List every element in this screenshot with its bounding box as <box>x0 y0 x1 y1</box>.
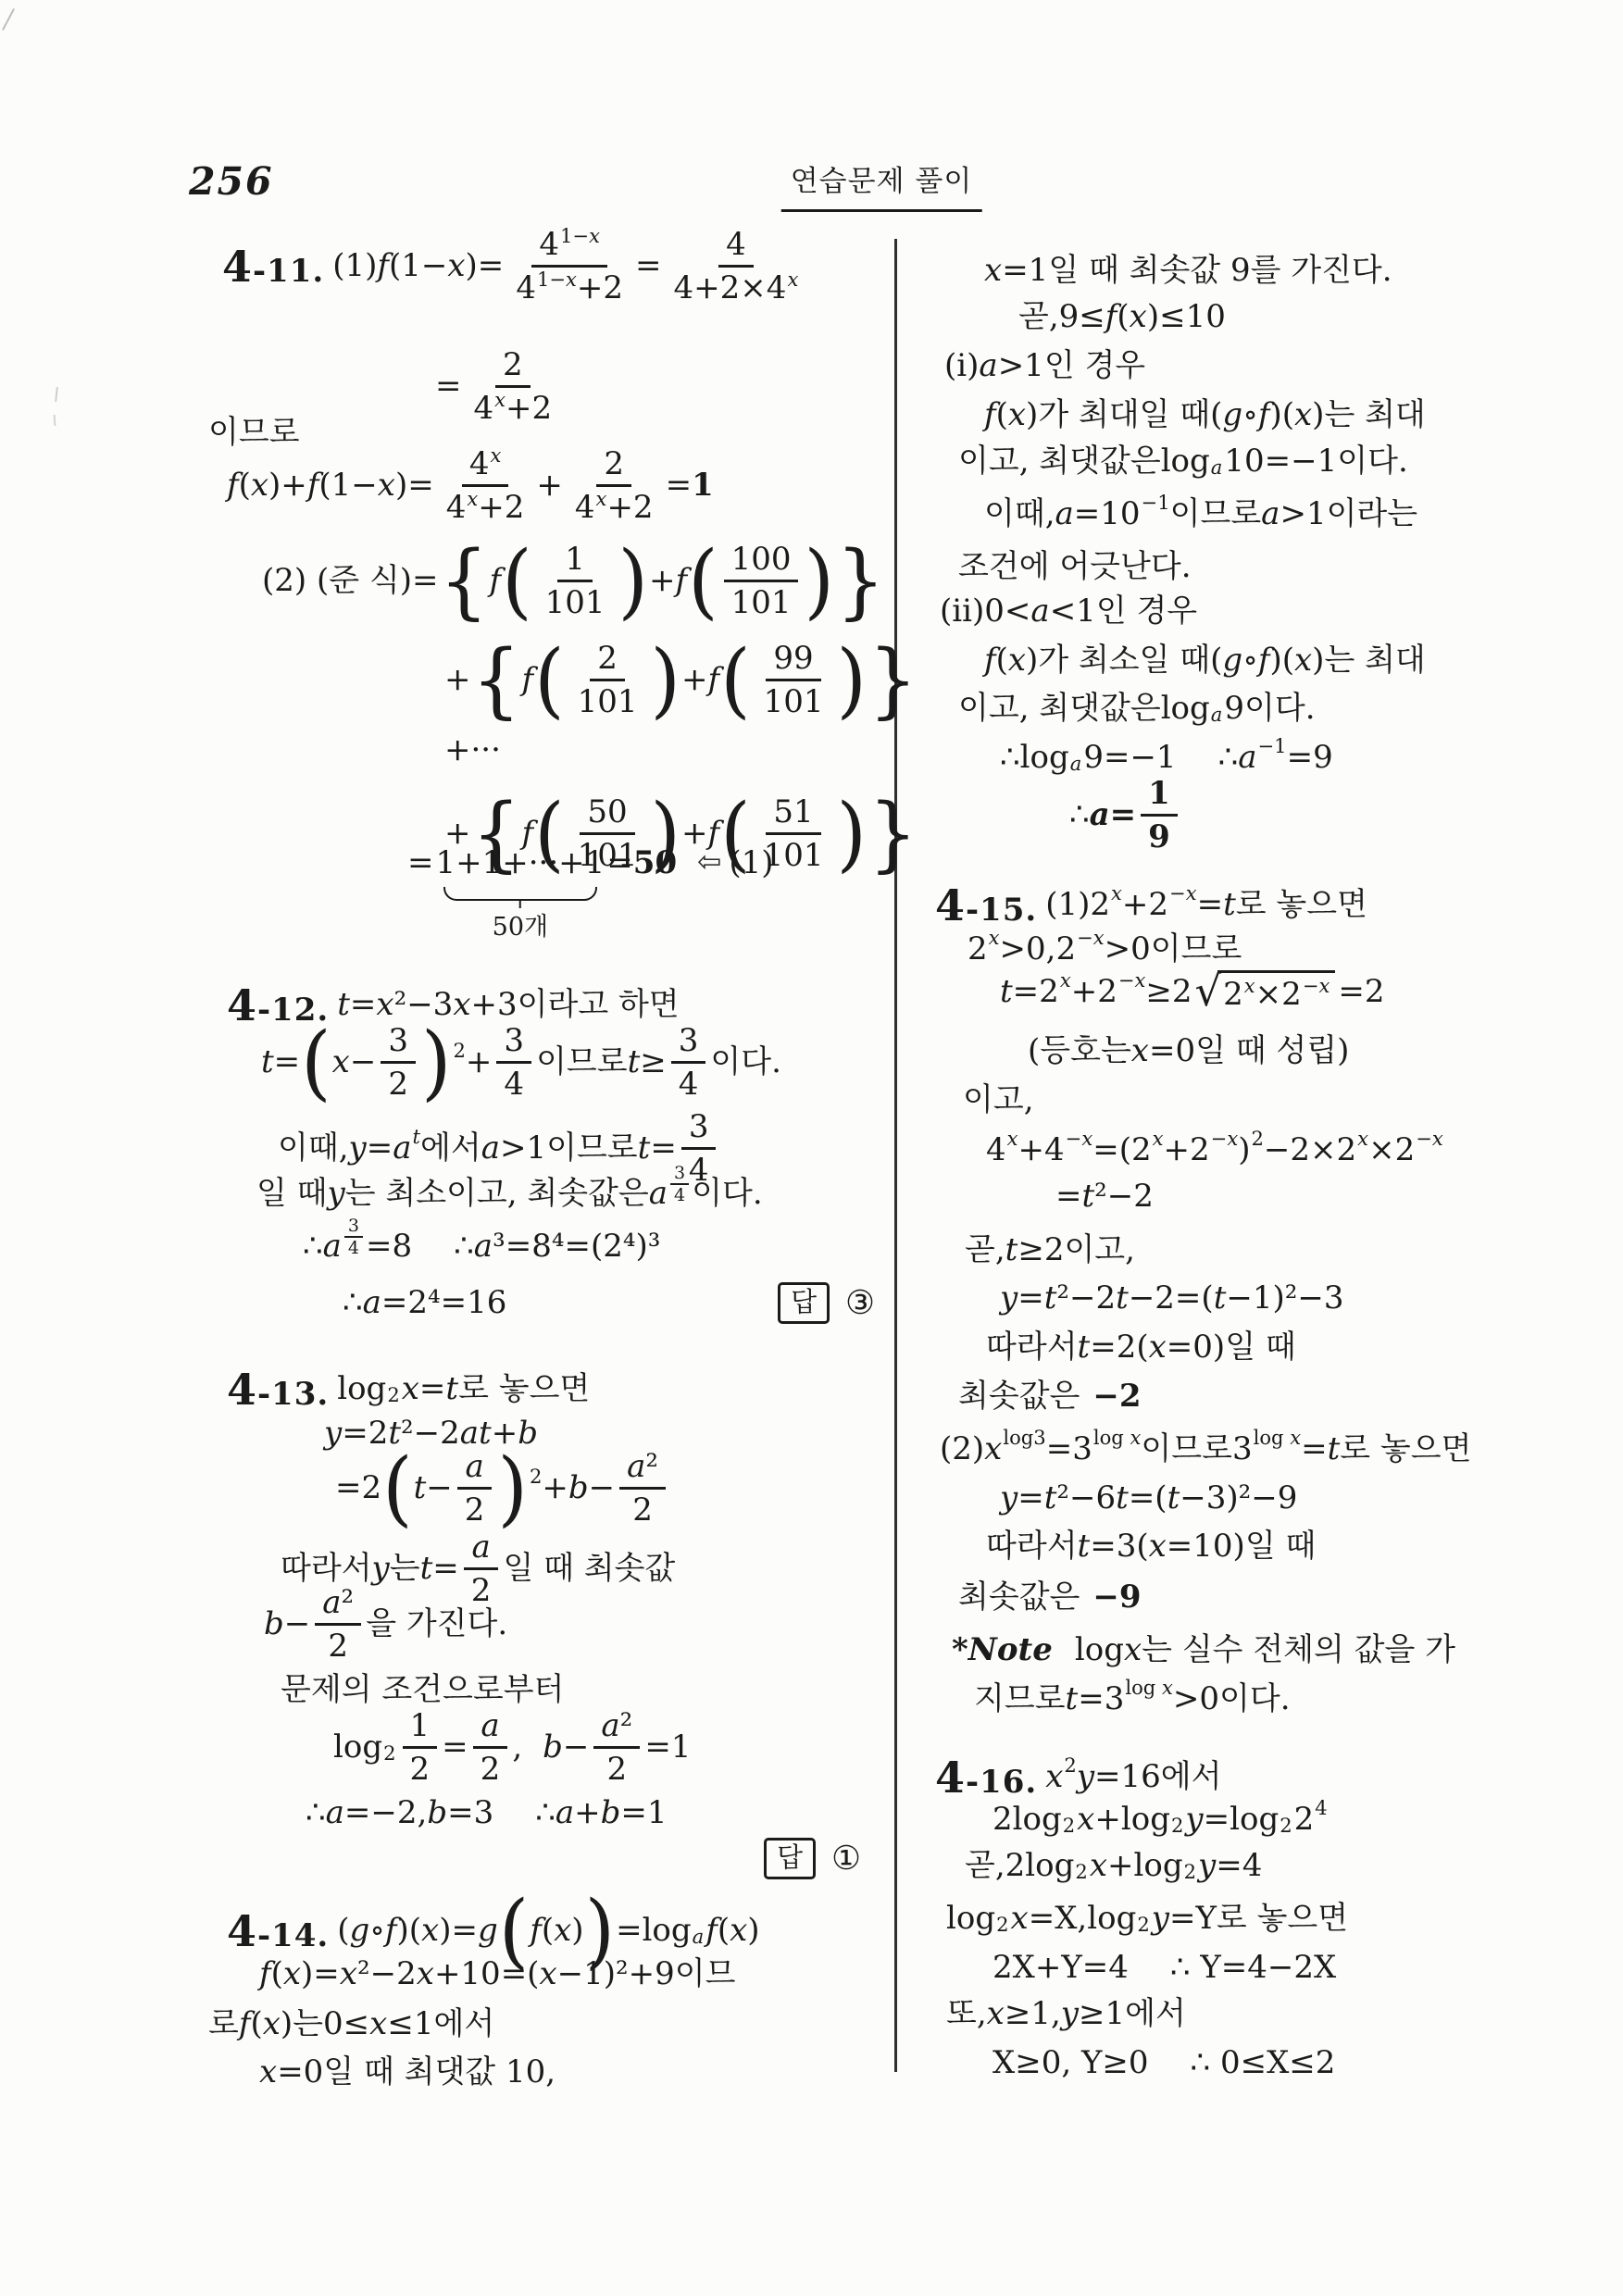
sol-4-13-eq6: ∴ a=−2, b=3∴ a+b=1 <box>306 1794 668 1832</box>
sol-4-16-l1: 2log2x+log2y=log224 <box>993 1801 1328 1839</box>
fraction: 2101 <box>570 641 645 719</box>
sol-4-14-case2-l2: 이고, 최댓값은 loga9이다. <box>958 690 1316 728</box>
sol-4-15-l5: 4x+4−x=(2x+2−x)2−2×2x×2−x <box>986 1131 1443 1169</box>
answer-choice: ③ <box>845 1283 875 1324</box>
fraction: 19 <box>1141 776 1178 855</box>
sol-4-15-note-l2: 지므로 t=3log x>0이다. <box>974 1680 1291 1718</box>
sol-4-14-eq2: 로 f(x)는 0≤x≤1에서 <box>208 2005 494 2043</box>
sol-4-15-l8: y=t²−2t−2=(t−1)²−3 <box>1000 1279 1344 1317</box>
scan-artifact <box>2 8 15 31</box>
sol-4-15-part2-l2: 따라서 t=3(x=10)일 때 <box>986 1528 1316 1566</box>
back-reference-arrow-icon: ⇦ <box>697 844 721 880</box>
fraction: 34 <box>671 1023 706 1102</box>
sol-4-12-eq4: ∴ a34=8∴ a³=8⁴=(2⁴)³ <box>303 1227 660 1267</box>
sol-4-15-l6: =t²−2 <box>1055 1178 1154 1216</box>
sol-4-15-part2-l1: y=t²−6t=(t−3)²−9 <box>1000 1479 1297 1517</box>
sol-4-11-eq2: =24x+2 <box>435 347 564 426</box>
sol-4-15-min1: 최솟값은 −2 <box>958 1378 1142 1416</box>
page-title: 연습문제 풀이 <box>781 157 982 212</box>
sol-4-14-case1-l1: f(x)가 최대일 때 (g∘f)(x)는 최대 <box>984 396 1426 434</box>
fraction: 99101 <box>756 641 831 719</box>
answer-box: 답 <box>764 1838 816 1879</box>
sol-4-11-part2-line2: +{f(2101)+f(99101)} <box>444 641 918 719</box>
radical: √2x×2−x <box>1195 970 1336 1014</box>
sol-4-15-min2: 최솟값은 −9 <box>958 1578 1142 1616</box>
fraction: 1101 <box>538 542 613 620</box>
problem-4-16-head: 4-16.x2y=16에서 <box>935 1752 1222 1803</box>
sol-4-15-note-l1: *Notelog x는 실수 전체의 값을 가 <box>952 1631 1455 1669</box>
sol-4-11-part2-ellipsis: +··· <box>444 731 501 769</box>
scan-artifact <box>55 387 58 402</box>
page-number: 256 <box>189 159 274 204</box>
fraction: 44+2×4x <box>667 227 806 306</box>
fraction: 100101 <box>724 542 799 620</box>
problem-number: 4-15. <box>935 880 1037 931</box>
sol-4-15-l9: 따라서 t=2(x=0)일 때 <box>986 1329 1296 1366</box>
sol-4-14-case2-l3: ∴ loga9=−1∴ a−1=9 <box>1000 739 1333 777</box>
sol-4-15-l3: (등호는 x=0일 때 성립) <box>1028 1032 1349 1070</box>
sol-4-14-case1-head: (i) a>1인 경우 <box>944 347 1145 385</box>
fraction: 12 <box>403 1708 438 1787</box>
fraction: 24x+2 <box>467 347 560 426</box>
sol-4-14-eq1: f(x)=x²−2x+10=(x−1)²+9이므 <box>259 1955 735 1993</box>
sol-4-16-l4: 2X+Y=4∴ Y=4−2X <box>993 1949 1336 1987</box>
column-divider <box>894 239 897 2072</box>
sol-4-15-l2: t=2x+2−x≥2√2x×2−x=2 <box>1000 970 1385 1014</box>
fraction: a²2 <box>315 1585 361 1664</box>
sol-4-13-text: 문제의 조건으로부터 <box>281 1671 564 1709</box>
answer-choice: ① <box>831 1839 861 1879</box>
sol-4-14-case1-l2: 이고, 최댓값은 loga10=−1이다. <box>958 443 1408 480</box>
sol-4-16-l2: 곧, 2log2x+log2y=4 <box>965 1847 1262 1885</box>
sol-4-13-eq5: log212=a2,b−a²2=1 <box>333 1708 691 1787</box>
fraction: 4x4x+2 <box>439 446 532 525</box>
problem-number: 4-14. <box>227 1905 329 1957</box>
problem-4-15-head: 4-15. (1) 2x+2−x=t로 놓으면 <box>935 880 1367 931</box>
sol-4-15-l1: 2x>0, 2−x>0이므로 <box>968 930 1242 968</box>
sol-4-12-eq3: 일 때 y는 최소이고, 최솟값은 a34이다. <box>256 1174 763 1215</box>
fraction: a2 <box>457 1449 493 1528</box>
answer-box: 답 <box>778 1282 830 1324</box>
problem-4-14-head: 4-14.(g∘f)(x)=g(f(x))=logaf(x) <box>227 1905 760 1957</box>
sol-4-14-case1-l3: 이때, a=10−1이므로 a>1이라는 <box>984 495 1417 533</box>
problem-4-13-head: 4-13.log2x=t로 놓으면 <box>227 1364 590 1416</box>
fraction: 34 <box>670 1164 689 1204</box>
fraction: a²2 <box>619 1449 666 1528</box>
fraction: 41−x41−x+2 <box>508 227 630 306</box>
sol-4-14-eq3: x=0일 때 최댓값 10, <box>259 2053 556 2091</box>
fraction: 24x+2 <box>568 446 661 525</box>
textbook-page: 256 연습문제 풀이 4-11. (1) f(1−x)=41−x41−x+2=… <box>0 0 1623 2296</box>
sol-4-11-eq3: f(x)+f(1−x)=4x4x+2+24x+2=1 <box>227 446 714 525</box>
sol-4-16-l5: 또, x≥1, y≥1에서 <box>946 1995 1186 2033</box>
sol-4-13-eq4: b−a²2을 가진다. <box>264 1585 507 1664</box>
sol-4-12-answer: ∴ a=2⁴=16답③ <box>343 1282 875 1324</box>
problem-4-11-part2-head: (2) (준 식)={f(1101)+f(100101)} <box>262 542 886 620</box>
sol-4-14-case2-l1: f(x)가 최소일 때 (g∘f)(x)는 최대 <box>984 642 1426 680</box>
sol-4-15-l4: 이고, <box>963 1081 1034 1119</box>
scan-artifact <box>54 415 56 426</box>
sol-4-13-eq2: =2(t−a2)2+b−a²2 <box>335 1449 670 1528</box>
fraction: 32 <box>381 1023 416 1102</box>
sol-4-15-part2-head: (2) xlog3=3log x이므로 3log x=t로 놓으면 <box>940 1430 1471 1468</box>
sol-4-13-answer: 답① <box>208 1838 861 1879</box>
problem-number: 4-11. <box>222 241 324 293</box>
sol-4-11-result: =1+1+···+150개=50⇦(1) <box>407 844 774 943</box>
sol-4-16-l3: log2x=X, log2y=Y로 놓으면 <box>946 1900 1348 1938</box>
problem-number: 4-16. <box>935 1752 1037 1803</box>
fraction: a2 <box>473 1708 508 1787</box>
fraction: a²2 <box>593 1708 640 1787</box>
problem-number: 4-13. <box>227 1364 329 1416</box>
fraction: 34 <box>344 1217 363 1257</box>
sol-4-12-eq1: t=(x−32)2+34 이므로 t≥34 이다. <box>261 1023 781 1102</box>
sol-4-14-case1-l4: 조건에 어긋난다. <box>958 548 1192 586</box>
sol-4-16-l6: X≥0, Y≥0∴ 0≤X≤2 <box>993 2044 1335 2082</box>
underbrace-icon <box>443 887 598 901</box>
sol-4-14-cont2: 곧, 9≤f(x)≤10 <box>1018 298 1226 336</box>
sol-4-14-final-answer: ∴ a=19 <box>1069 776 1182 855</box>
sol-4-14-case2-head: (ii) 0<a<1인 경우 <box>940 593 1197 630</box>
sol-4-15-l7: 곧, t≥2이고, <box>965 1231 1135 1269</box>
sol-4-14-cont1: x=1일 때 최솟값 9를 가진다. <box>984 252 1392 290</box>
underbrace-group: 1+1+···+150개 <box>436 844 606 943</box>
problem-4-11-part1-head: 4-11. (1) f(1−x)=41−x41−x+2=44+2×4x <box>222 227 810 306</box>
underbrace-label: 50개 <box>493 913 548 943</box>
fraction: 34 <box>496 1023 531 1102</box>
